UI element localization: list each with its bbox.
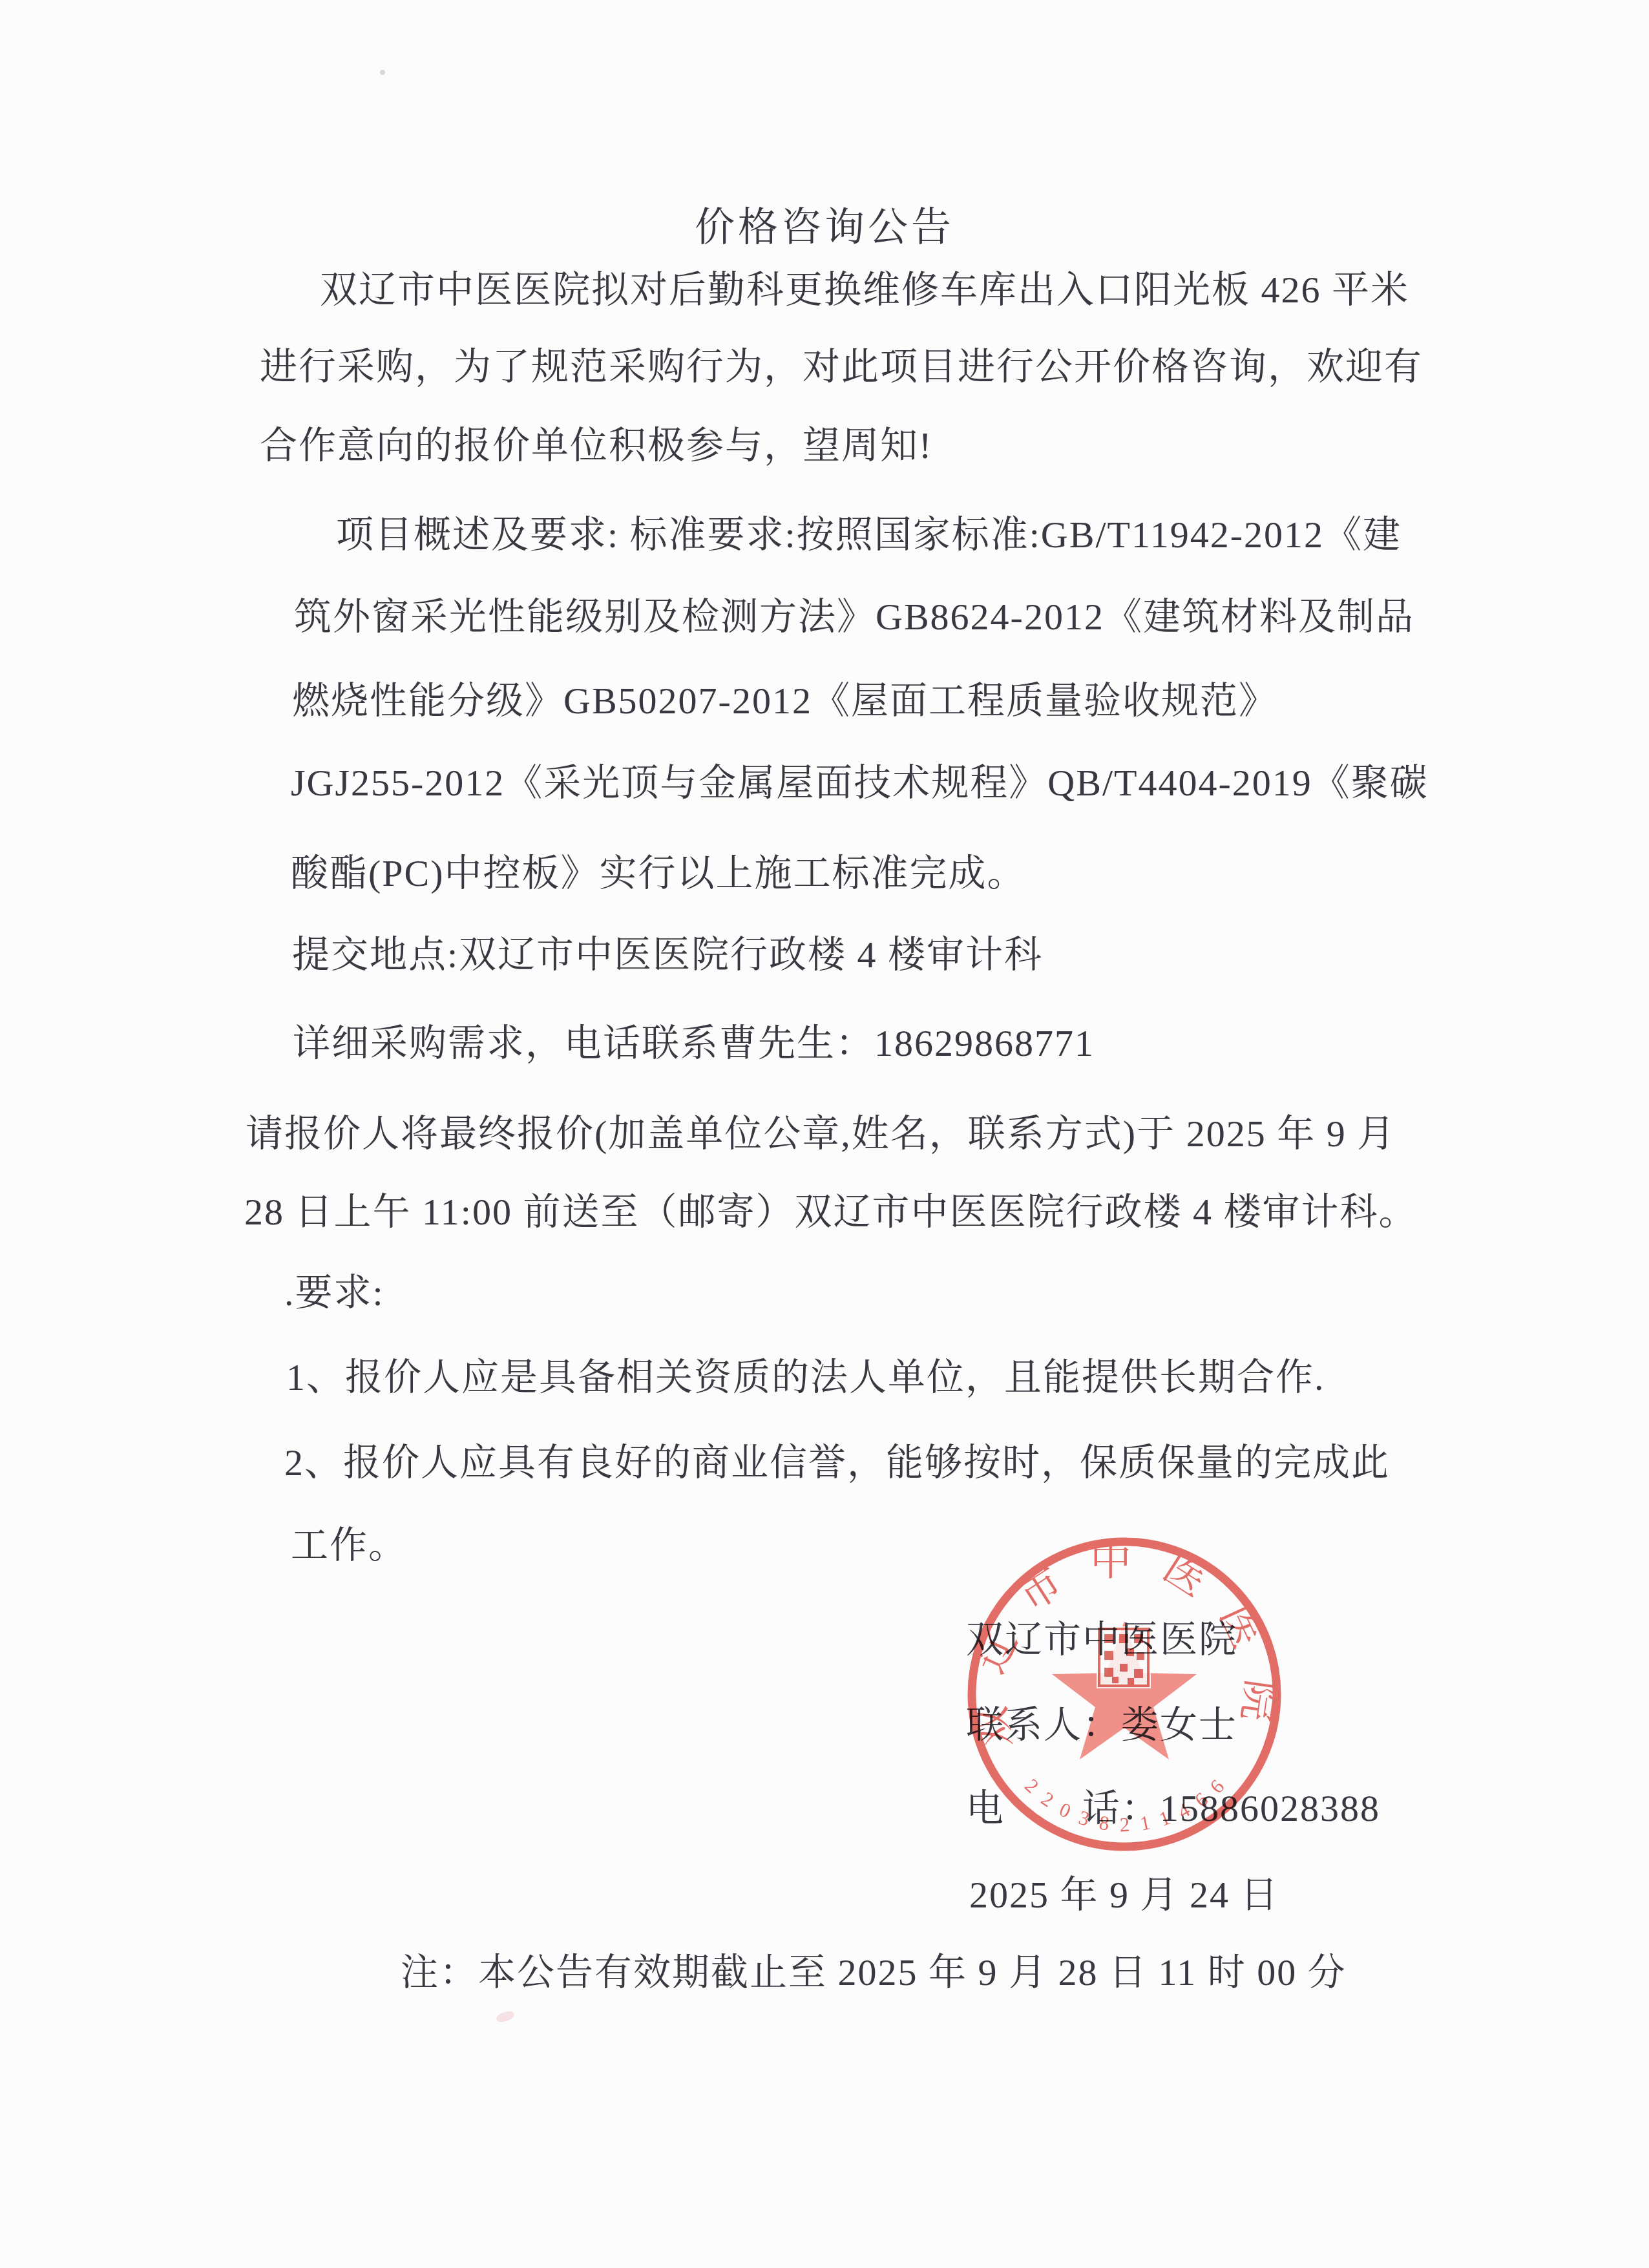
body-line: 进行采购，为了规范采购行为，对此项目进行公开价格咨询，欢迎有: [260, 341, 1423, 394]
scanned-notice-page: 价格咨询公告 双辽市中医医院拟对后勤科更换维修车库出入口阳光板 426 平米 进…: [0, 0, 1649, 2268]
body-line: 请报价人将最终报价(加盖单位公章,姓名，联系方式)于 2025 年 9 月: [246, 1108, 1396, 1160]
body-line: 燃烧性能分级》GB50207-2012《屋面工程质量验收规范》: [292, 675, 1277, 728]
scan-speck: [380, 70, 385, 75]
document-title: 价格咨询公告: [0, 195, 1649, 253]
scan-speck: [496, 2010, 516, 2024]
body-line: 合作意向的报价单位积极参与，望周知!: [260, 419, 932, 472]
signature-date: 2025 年 9 月 24 日: [969, 1869, 1279, 1922]
body-line: 筑外窗采光性能级别及检测方法》GB8624-2012《建筑材料及制品: [294, 591, 1414, 644]
official-seal: 双辽市中医医院 22038211466: [966, 1536, 1283, 1853]
requirements-heading: .要求:: [284, 1266, 384, 1319]
requirement-item-2-cont: 工作。: [291, 1519, 407, 1572]
body-line: 酸酯(PC)中控板》实行以上施工标准完成。: [291, 847, 1026, 900]
body-line: 双辽市中医医院拟对后勤科更换维修车库出入口阳光板 426 平米: [320, 264, 1409, 317]
body-line: 项目概述及要求: 标准要求:按照国家标准:GB/T11942-2012《建: [336, 509, 1402, 562]
body-line: 28 日上午 11:00 前送至（邮寄）双辽市中医医院行政楼 4 楼审计科。: [244, 1186, 1417, 1239]
requirement-item-2: 2、报价人应具有良好的商业信誉，能够按时，保质保量的完成此: [284, 1436, 1390, 1489]
contact-detail-line: 详细采购需求，电话联系曹先生：18629868771: [293, 1017, 1095, 1070]
requirement-item-1: 1、报价人应是具备相关资质的法人单位，且能提供长期合作.: [286, 1351, 1325, 1404]
validity-note: 注：本公告有效期截止至 2025 年 9 月 28 日 11 时 00 分: [401, 1946, 1347, 1999]
seal-qr-icon: [1097, 1626, 1151, 1688]
body-line: JGJ255-2012《采光顶与金属屋面技术规程》QB/T4404-2019《聚…: [291, 757, 1429, 810]
submit-location-line: 提交地点:双辽市中医医院行政楼 4 楼审计科: [292, 929, 1043, 982]
